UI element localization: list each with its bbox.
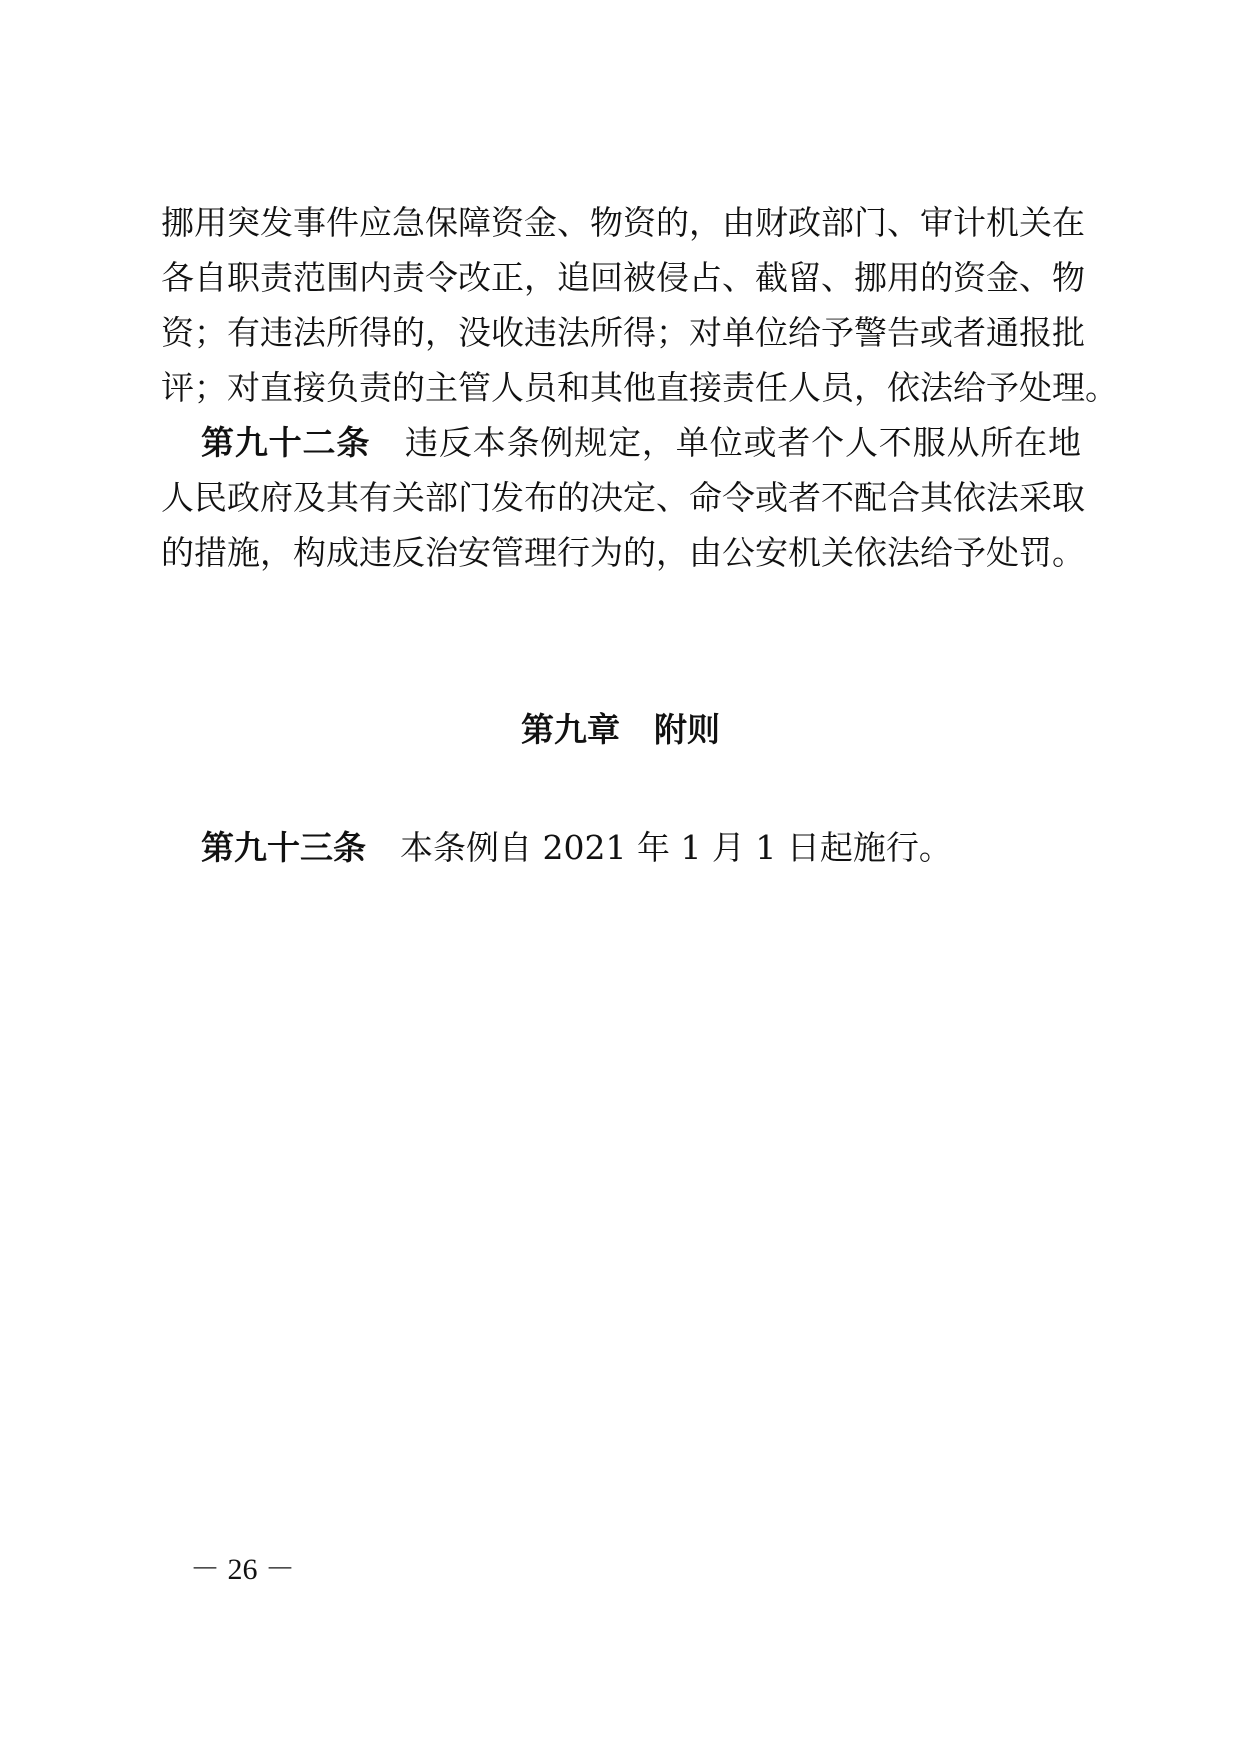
article-92-text: 违反本条例规定，单位或者个人不服从所在地 (404, 423, 1081, 462)
article-92-first-line: 第九十二条违反本条例规定，单位或者个人不服从所在地 (201, 423, 1081, 463)
article-92-label: 第九十二条 (201, 423, 370, 462)
paragraph-line: 挪用突发事件应急保障资金、物资的，由财政部门、审计机关在 (161, 203, 1081, 243)
paragraph-line: 的措施，构成违反治安管理行为的，由公安机关依法给予处罚。 (161, 533, 1081, 573)
paragraph-line: 人民政府及其有关部门发布的决定、命令或者不配合其依法采取 (161, 478, 1081, 518)
document-page: 挪用突发事件应急保障资金、物资的，由财政部门、审计机关在 各自职责范围内责令改正… (0, 0, 1241, 1754)
chapter-title: 附则 (654, 710, 720, 749)
paragraph-line: 资；有违法所得的，没收违法所得；对单位给予警告或者通报批 (161, 313, 1081, 353)
paragraph-line: 评；对直接负责的主管人员和其他直接责任人员，依法给予处理。 (161, 368, 1081, 408)
article-93-label: 第九十三条 (201, 828, 366, 867)
chapter-heading: 第九章附则 (0, 710, 1241, 750)
article-93: 第九十三条本条例自 2021 年 1 月 1 日起施行。 (201, 828, 1081, 868)
paragraph-line: 各自职责范围内责令改正，追回被侵占、截留、挪用的资金、物 (161, 258, 1081, 298)
chapter-number: 第九章 (521, 710, 620, 749)
page-number: － 26 － (190, 1550, 295, 1590)
article-93-text: 本条例自 2021 年 1 月 1 日起施行。 (400, 828, 952, 867)
